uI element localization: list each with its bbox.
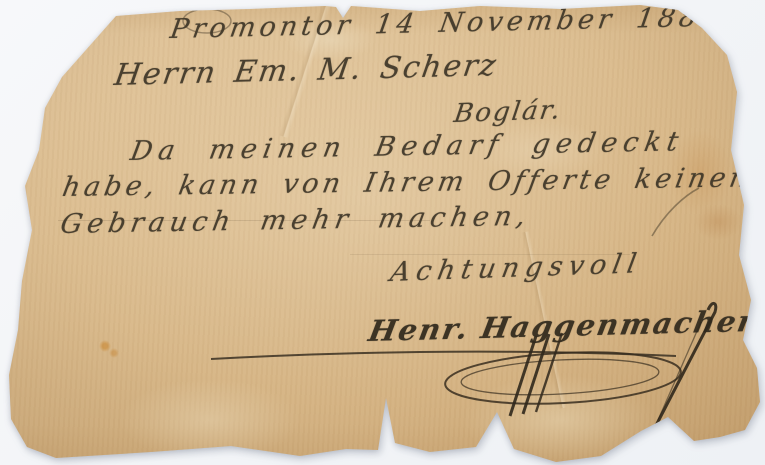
flourish-oval-outer [444,347,682,409]
recipient-text: Herrn Em. M. Scherz [112,48,500,93]
signature-underline [211,352,676,359]
stray-pen-stroke [652,188,699,236]
flourish-hatch [510,336,536,416]
flourish-hatch [523,334,549,414]
closing-text: Achtungsvoll [388,248,645,288]
flourish-hatch [536,333,562,412]
flourish-oval-inner [460,355,660,399]
body-line-1: Da meinen Bedarf gedeckt [128,126,687,167]
body-line-3: Gebrauch mehr machen, [58,201,533,240]
letter-paper: Promontor 14 November 1881. Herrn Em. M.… [0,0,765,465]
body-line-2: habe, kann von Ihrem Offerte keinen [60,162,754,203]
scan-surface: Promontor 14 November 1881. Herrn Em. M.… [0,0,765,465]
dateline-text: Promontor 14 November 1881. [168,1,737,45]
paper-shadow-wrap: Promontor 14 November 1881. Herrn Em. M.… [0,0,765,465]
place-text: Boglár. [452,95,564,129]
signature-text: Henr. Haggenmacher [366,304,758,348]
